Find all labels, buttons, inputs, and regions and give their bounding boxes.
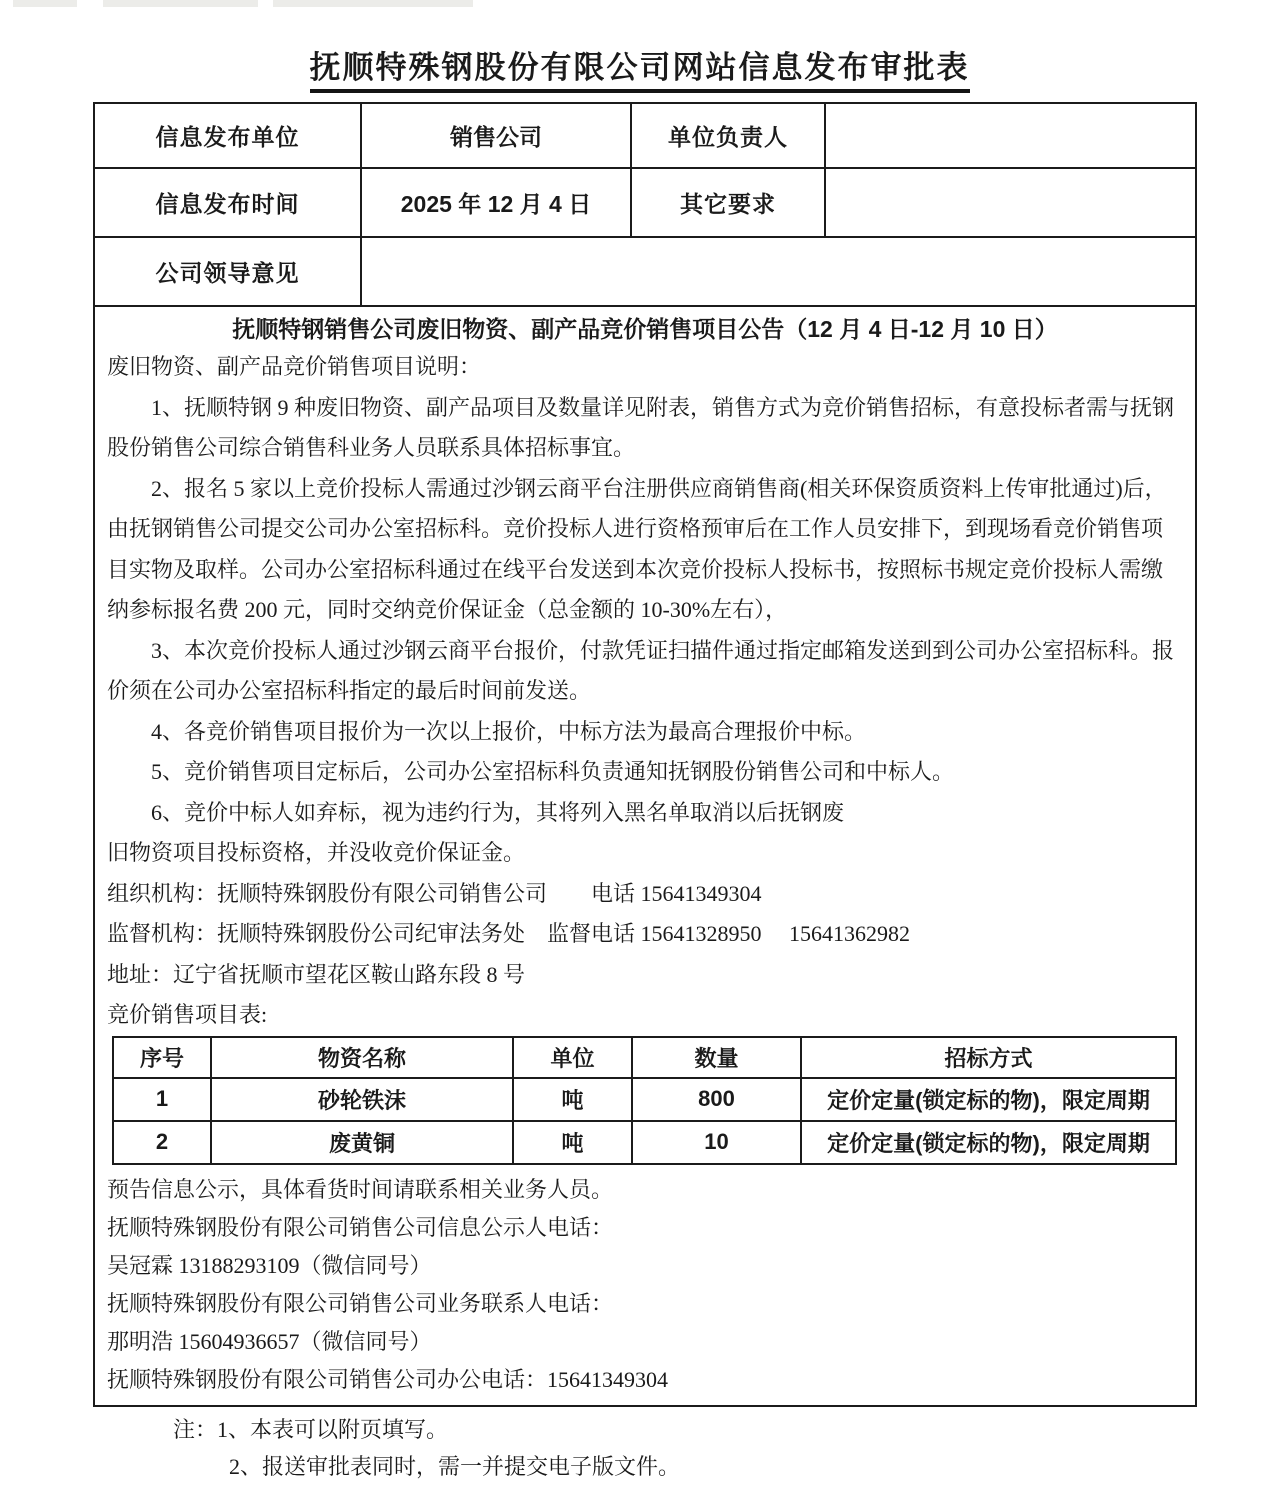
bid-table-cell: 2	[113, 1121, 211, 1164]
contact-line: 预告信息公示，具体看货时间请联系相关业务人员。	[95, 1171, 1195, 1209]
scan-artifact	[103, 0, 258, 7]
bid-table-cell: 10	[632, 1121, 801, 1164]
announcement-line: 纳参标报名费 200 元，同时交纳竞价保证金（总金额的 10-30%左右），	[95, 590, 1195, 631]
publisher-value: 销售公司	[362, 104, 632, 167]
info-row-date: 信息发布时间 2025 年 12 月 4 日 其它要求	[95, 169, 1195, 238]
bid-table-row: 2废黄铜吨10定价定量(锁定标的物)，限定周期	[113, 1121, 1176, 1164]
announcement-line: 6、竞价中标人如弃标，视为违约行为，其将列入黑名单取消以后抚钢废	[95, 793, 1195, 834]
unit-head-label: 单位负责人	[632, 104, 826, 167]
bid-table-header-row: 序号物资名称单位数量招标方式	[113, 1037, 1176, 1078]
announcement-lines: 废旧物资、副产品竞价销售项目说明：1、抚顺特钢 9 种废旧物资、副产品项目及数量…	[95, 347, 1195, 1036]
publisher-label: 信息发布单位	[95, 104, 362, 167]
bid-table-cell: 废黄铜	[211, 1121, 513, 1164]
unit-head-value	[826, 104, 1195, 167]
note-line-1: 注：1、本表可以附页填写。	[173, 1418, 680, 1442]
announcement-line: 目实物及取样。公司办公室招标科通过在线平台发送到本次竞价投标人投标书，按照标书规…	[95, 550, 1195, 591]
announcement-line: 1、抚顺特钢 9 种废旧物资、副产品项目及数量详见附表，销售方式为竞价销售招标，…	[95, 388, 1195, 429]
announcement-title: 抚顺特钢销售公司废旧物资、副产品竞价销售项目公告（12 月 4 日-12 月 1…	[95, 307, 1195, 347]
announcement-line: 2、报名 5 家以上竞价投标人需通过沙钢云商平台注册供应商销售商(相关环保资质资…	[95, 469, 1195, 510]
bid-table-header-cell: 物资名称	[211, 1037, 513, 1078]
contact-line: 抚顺特殊钢股份有限公司销售公司信息公示人电话：	[95, 1209, 1195, 1247]
leader-opinion-value	[362, 238, 1195, 305]
bid-table-body: 1砂轮铁沫吨800定价定量(锁定标的物)，限定周期2废黄铜吨10定价定量(锁定标…	[113, 1078, 1176, 1164]
announcement-line: 4、各竞价销售项目报价为一次以上报价，中标方法为最高合理报价中标。	[95, 712, 1195, 753]
scan-artifact	[13, 0, 77, 7]
contact-line: 吴冠霖 13188293109（微信同号）	[95, 1247, 1195, 1285]
scan-artifact	[273, 0, 473, 7]
announcement-line: 价须在公司办公室招标科指定的最后时间前发送。	[95, 671, 1195, 712]
announcement-line: 3、本次竞价投标人通过沙钢云商平台报价，付款凭证扫描件通过指定邮箱发送到到公司办…	[95, 631, 1195, 672]
announcement-line: 监督机构：抚顺特殊钢股份公司纪审法务处 监督电话 15641328950 156…	[95, 914, 1195, 955]
info-row-publisher: 信息发布单位 销售公司 单位负责人	[95, 104, 1195, 169]
publish-date-value: 2025 年 12 月 4 日	[362, 169, 632, 236]
contact-line: 抚顺特殊钢股份有限公司销售公司业务联系人电话：	[95, 1285, 1195, 1323]
approval-table: 信息发布单位 销售公司 单位负责人 信息发布时间 2025 年 12 月 4 日…	[93, 102, 1197, 1407]
publish-date-label: 信息发布时间	[95, 169, 362, 236]
bid-table-cell: 吨	[513, 1078, 632, 1121]
bid-table-header-cell: 单位	[513, 1037, 632, 1078]
bid-items-table: 序号物资名称单位数量招标方式 1砂轮铁沫吨800定价定量(锁定标的物)，限定周期…	[112, 1036, 1177, 1165]
announcement-line: 组织机构：抚顺特殊钢股份有限公司销售公司 电话 15641349304	[95, 874, 1195, 915]
note-item-2: 2、报送审批表同时，需一并提交电子版文件。	[229, 1454, 680, 1479]
contact-line: 那明浩 15604936657（微信同号）	[95, 1323, 1195, 1361]
bid-table-cell: 砂轮铁沫	[211, 1078, 513, 1121]
bid-table-header-cell: 数量	[632, 1037, 801, 1078]
bid-table-cell: 吨	[513, 1121, 632, 1164]
approval-form-document: 抚顺特殊钢股份有限公司网站信息发布审批表 信息发布单位 销售公司 单位负责人 信…	[0, 0, 1279, 1488]
contact-line: 抚顺特殊钢股份有限公司销售公司办公电话：15641349304	[95, 1361, 1195, 1399]
other-requirements-label: 其它要求	[632, 169, 826, 236]
bid-table-cell: 定价定量(锁定标的物)，限定周期	[801, 1078, 1176, 1121]
contact-lines: 预告信息公示，具体看货时间请联系相关业务人员。抚顺特殊钢股份有限公司销售公司信息…	[95, 1171, 1195, 1399]
bid-table-header-cell: 序号	[113, 1037, 211, 1078]
announcement-line: 股份销售公司综合销售科业务人员联系具体招标事宜。	[95, 428, 1195, 469]
bid-table-cell: 1	[113, 1078, 211, 1121]
bid-table-cell: 800	[632, 1078, 801, 1121]
announcement-cell: 抚顺特钢销售公司废旧物资、副产品竞价销售项目公告（12 月 4 日-12 月 1…	[95, 307, 1195, 1405]
announcement-line: 废旧物资、副产品竞价销售项目说明：	[95, 347, 1195, 388]
announcement-line: 旧物资项目投标资格，并没收竞价保证金。	[95, 833, 1195, 874]
other-requirements-value	[826, 169, 1195, 236]
bid-table-header-cell: 招标方式	[801, 1037, 1176, 1078]
announcement-line: 地址：辽宁省抚顺市望花区鞍山路东段 8 号	[95, 955, 1195, 996]
note-line-2: 2、报送审批表同时，需一并提交电子版文件。	[173, 1455, 680, 1479]
leader-opinion-label: 公司领导意见	[95, 238, 362, 305]
note-item-1: 1、本表可以附页填写。	[217, 1417, 448, 1442]
info-row-leader-opinion: 公司领导意见	[95, 238, 1195, 307]
bid-table-cell: 定价定量(锁定标的物)，限定周期	[801, 1121, 1176, 1164]
announcement-line: 由抚钢销售公司提交公司办公室招标科。竞价投标人进行资格预审后在工作人员安排下，到…	[95, 509, 1195, 550]
footer-notes: 注：1、本表可以附页填写。 2、报送审批表同时，需一并提交电子版文件。	[173, 1418, 680, 1479]
bid-table-row: 1砂轮铁沫吨800定价定量(锁定标的物)，限定周期	[113, 1078, 1176, 1121]
announcement-line: 5、竞价销售项目定标后，公司办公室招标科负责通知抚钢股份销售公司和中标人。	[95, 752, 1195, 793]
page-title: 抚顺特殊钢股份有限公司网站信息发布审批表	[0, 42, 1279, 93]
announcement-line: 竞价销售项目表:	[95, 995, 1195, 1036]
note-label: 注：	[173, 1417, 217, 1442]
